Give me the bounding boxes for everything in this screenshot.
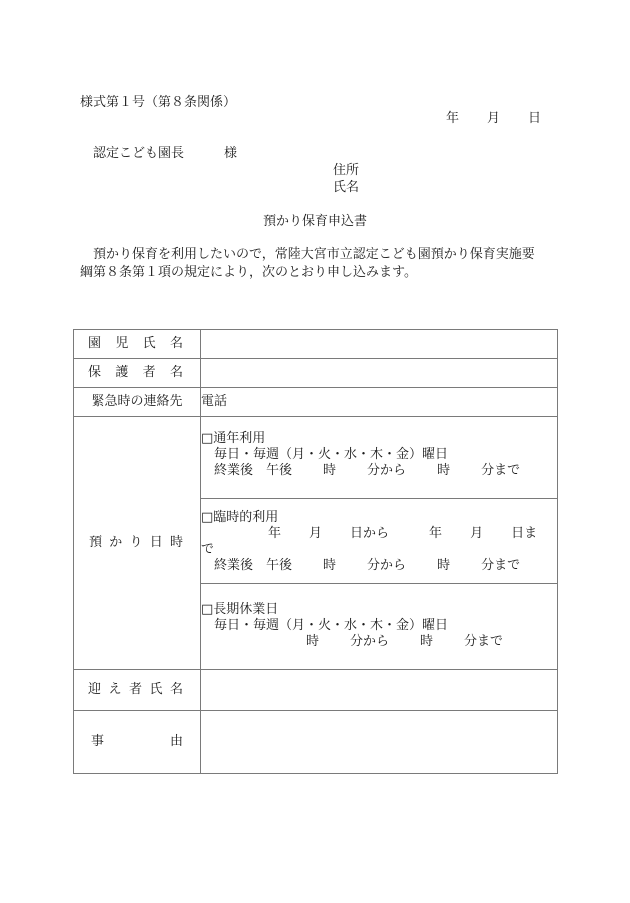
annual-checkbox[interactable]: □ [201,431,213,446]
label-child-name: 園 児 氏 名 [74,330,201,359]
long-holiday-time: 時分から時分まで [201,634,557,650]
label-reason: 事 由 [74,711,201,774]
temporary-use-section: □臨時的利用 年月日から年月日ま で 終業後午後時分から時分まで [201,499,558,584]
long-holiday-checkbox[interactable]: □ [201,602,213,617]
table-row-pickup-name: 迎 え 者 氏 名 [74,670,558,711]
table-row-schedule-annual: 預 か り 日 時 □通年利用 毎日・毎週（月・火・水・木・金）曜日 終業後午後… [74,417,558,499]
long-holiday-title: 長期休業日 [213,602,278,617]
date-year-field[interactable]: 年 [446,111,459,127]
table-row-child-name: 園 児 氏 名 [74,330,558,359]
temporary-wrap: で [201,542,557,558]
reason-field[interactable] [201,711,558,774]
label-emergency-contact: 緊急時の連絡先 [74,388,201,417]
long-holiday-section: □長期休業日 毎日・毎週（月・火・水・木・金）曜日 時分から時分まで [201,584,558,670]
body-line-1: 預かり保育を利用したいので，常陸大宮市立認定こども園預かり保育実施要 [80,246,558,264]
application-table: 園 児 氏 名 保 護 者 名 緊急時の連絡先 電話 預 か り [73,329,558,774]
table-row-reason: 事 由 [74,711,558,774]
child-name-field[interactable] [201,330,558,359]
label-pickup-name: 迎 え 者 氏 名 [74,670,201,711]
pickup-name-field[interactable] [201,670,558,711]
annual-days[interactable]: 毎日・毎週（月・火・水・木・金）曜日 [201,447,557,463]
body-paragraph: 預かり保育を利用したいので，常陸大宮市立認定こども園預かり保育実施要 綱第８条第… [80,246,558,282]
table-row-guardian-name: 保 護 者 名 [74,359,558,388]
annual-title: 通年利用 [213,431,265,446]
date-month-field[interactable]: 月 [487,111,500,127]
temporary-time: 終業後午後時分から時分まで [201,558,557,574]
label-guardian-name: 保 護 者 名 [74,359,201,388]
date-line: 年月日 [446,111,541,127]
label-care-datetime: 預 か り 日 時 [74,417,201,670]
annual-use-section: □通年利用 毎日・毎週（月・火・水・木・金）曜日 終業後午後時分から時分まで [201,417,558,499]
addressee-label: 認定こども園長 [93,146,184,161]
date-day-field[interactable]: 日 [528,111,541,127]
form-number: 様式第１号（第８条関係） [80,95,236,111]
name-label: 氏名 [333,180,359,196]
addressee: 認定こども園長様 [93,146,237,162]
guardian-name-field[interactable] [201,359,558,388]
emergency-phone-field[interactable]: 電話 [201,388,558,417]
table-row-emergency-contact: 緊急時の連絡先 電話 [74,388,558,417]
address-label: 住所 [333,163,359,179]
body-line-2: 綱第８条第１項の規定により，次のとおり申し込みます。 [80,264,558,282]
annual-time: 終業後午後時分から時分まで [201,463,557,479]
temporary-checkbox[interactable]: □ [201,510,213,525]
temporary-date-range[interactable]: 年月日から年月日ま [201,526,557,542]
page-title: 預かり保育申込書 [0,214,630,230]
addressee-honorific: 様 [224,146,237,161]
temporary-title: 臨時的利用 [213,510,278,525]
long-holiday-days[interactable]: 毎日・毎週（月・火・水・木・金）曜日 [201,618,557,634]
